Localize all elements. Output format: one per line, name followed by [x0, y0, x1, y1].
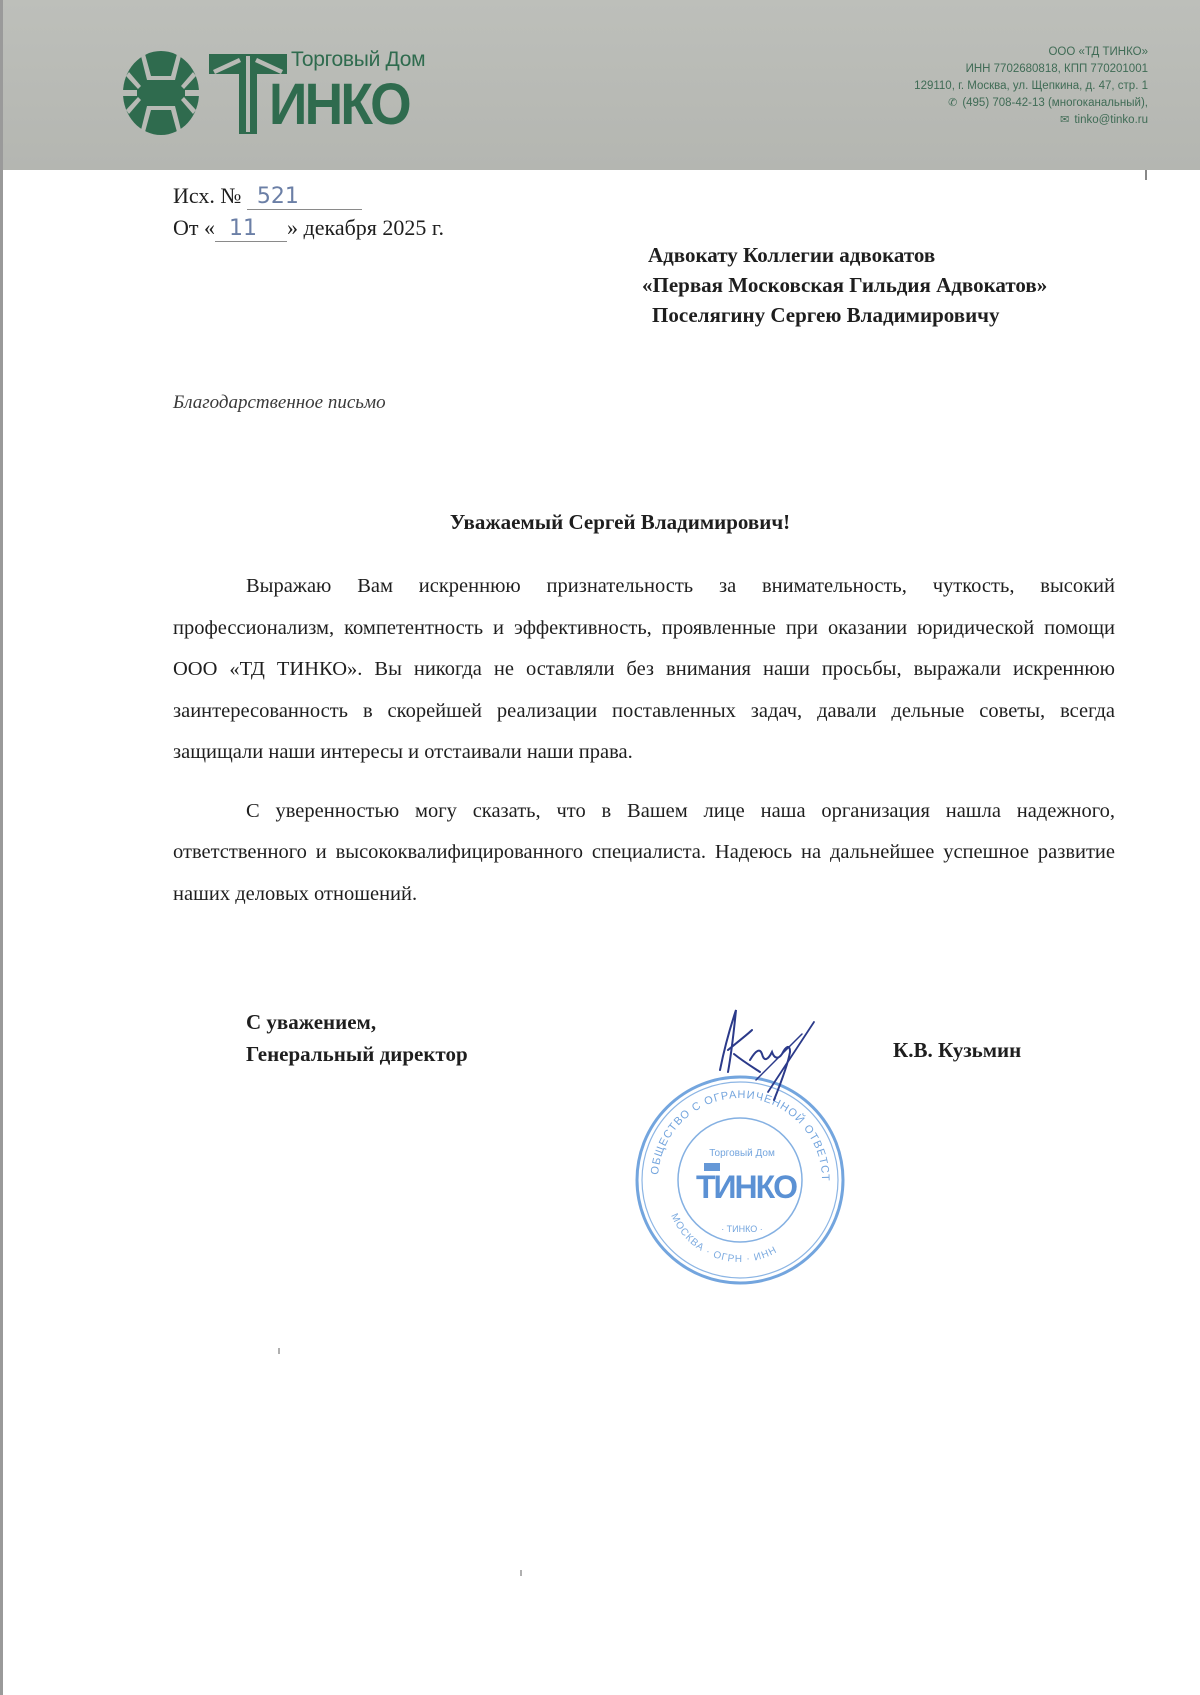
addressee-line-2: «Первая Московская Гильдия Адвокатов»: [642, 270, 1047, 300]
date-line: От «11» декабря 2025 г.: [173, 212, 444, 244]
document-type: Благодарственное письмо: [173, 392, 386, 414]
body-paragraph-2: С уверенностью могу сказать, что в Вашем…: [173, 791, 1115, 916]
outgoing-number: 521: [247, 185, 362, 210]
closing-phrase: С уважением,: [246, 1006, 468, 1038]
date-suffix: » декабря 2025 г.: [287, 215, 444, 240]
signer-position: Генеральный директор: [246, 1038, 468, 1070]
scan-artifact: [1145, 170, 1147, 180]
company-logo: Торговый Дом ИНКО: [121, 48, 481, 138]
page-edge: [0, 0, 3, 1695]
company-phone: (495) 708-42-13 (многоканальный),: [962, 97, 1148, 109]
addressee-block: Адвокату Коллегии адвокатов «Первая Моск…: [648, 240, 1047, 330]
logo-subtitle: Торговый Дом: [291, 48, 425, 72]
company-name: ООО «ТД ТИНКО»: [914, 44, 1148, 61]
signer-name: К.В. Кузьмин: [893, 1038, 1021, 1063]
company-address: 129110, г. Москва, ул. Щепкина, д. 47, с…: [914, 78, 1148, 95]
handwritten-signature: [690, 1000, 840, 1110]
phone-icon: ✆: [948, 95, 957, 112]
mail-icon: ✉: [1060, 112, 1069, 129]
logo-emblem-icon: [121, 50, 207, 136]
addressee-line-1: Адвокату Коллегии адвокатов: [648, 240, 1047, 270]
scan-artifact: [278, 1348, 280, 1354]
company-contact-info: ООО «ТД ТИНКО» ИНН 7702680818, КПП 77020…: [914, 44, 1148, 129]
outgoing-label: Исх. №: [173, 183, 241, 208]
outgoing-number-line: Исх. № 521: [173, 180, 444, 212]
svg-text:ТИНКО: ТИНКО: [696, 1169, 797, 1205]
signature-icon: [690, 1000, 840, 1110]
company-phone-row: ✆(495) 708-42-13 (многоканальный),: [914, 95, 1148, 112]
closing-block: С уважением, Генеральный директор: [246, 1006, 468, 1070]
date-day: 11: [215, 217, 287, 242]
date-prefix: От «: [173, 215, 215, 240]
company-tax-ids: ИНН 7702680818, КПП 770201001: [914, 61, 1148, 78]
company-email: tinko@tinko.ru: [1074, 114, 1148, 126]
reference-block: Исх. № 521 От «11» декабря 2025 г.: [173, 180, 444, 244]
addressee-line-3: Поселягину Сергею Владимировичу: [652, 300, 1047, 330]
svg-text:Торговый Дом: Торговый Дом: [709, 1148, 775, 1159]
scan-artifact: [520, 1570, 522, 1576]
letter-body: Выражаю Вам искреннюю признательность за…: [173, 566, 1115, 932]
company-email-row: ✉tinko@tinko.ru: [914, 112, 1148, 129]
svg-text:· ТИНКО ·: · ТИНКО ·: [721, 1224, 763, 1234]
letterhead: Торговый Дом ИНКО ООО «ТД ТИНКО» ИНН 770…: [3, 0, 1200, 170]
body-paragraph-1: Выражаю Вам искреннюю признательность за…: [173, 566, 1115, 774]
greeting: Уважаемый Сергей Владимирович!: [0, 510, 1200, 535]
logo-wordmark: ИНКО: [269, 70, 409, 140]
